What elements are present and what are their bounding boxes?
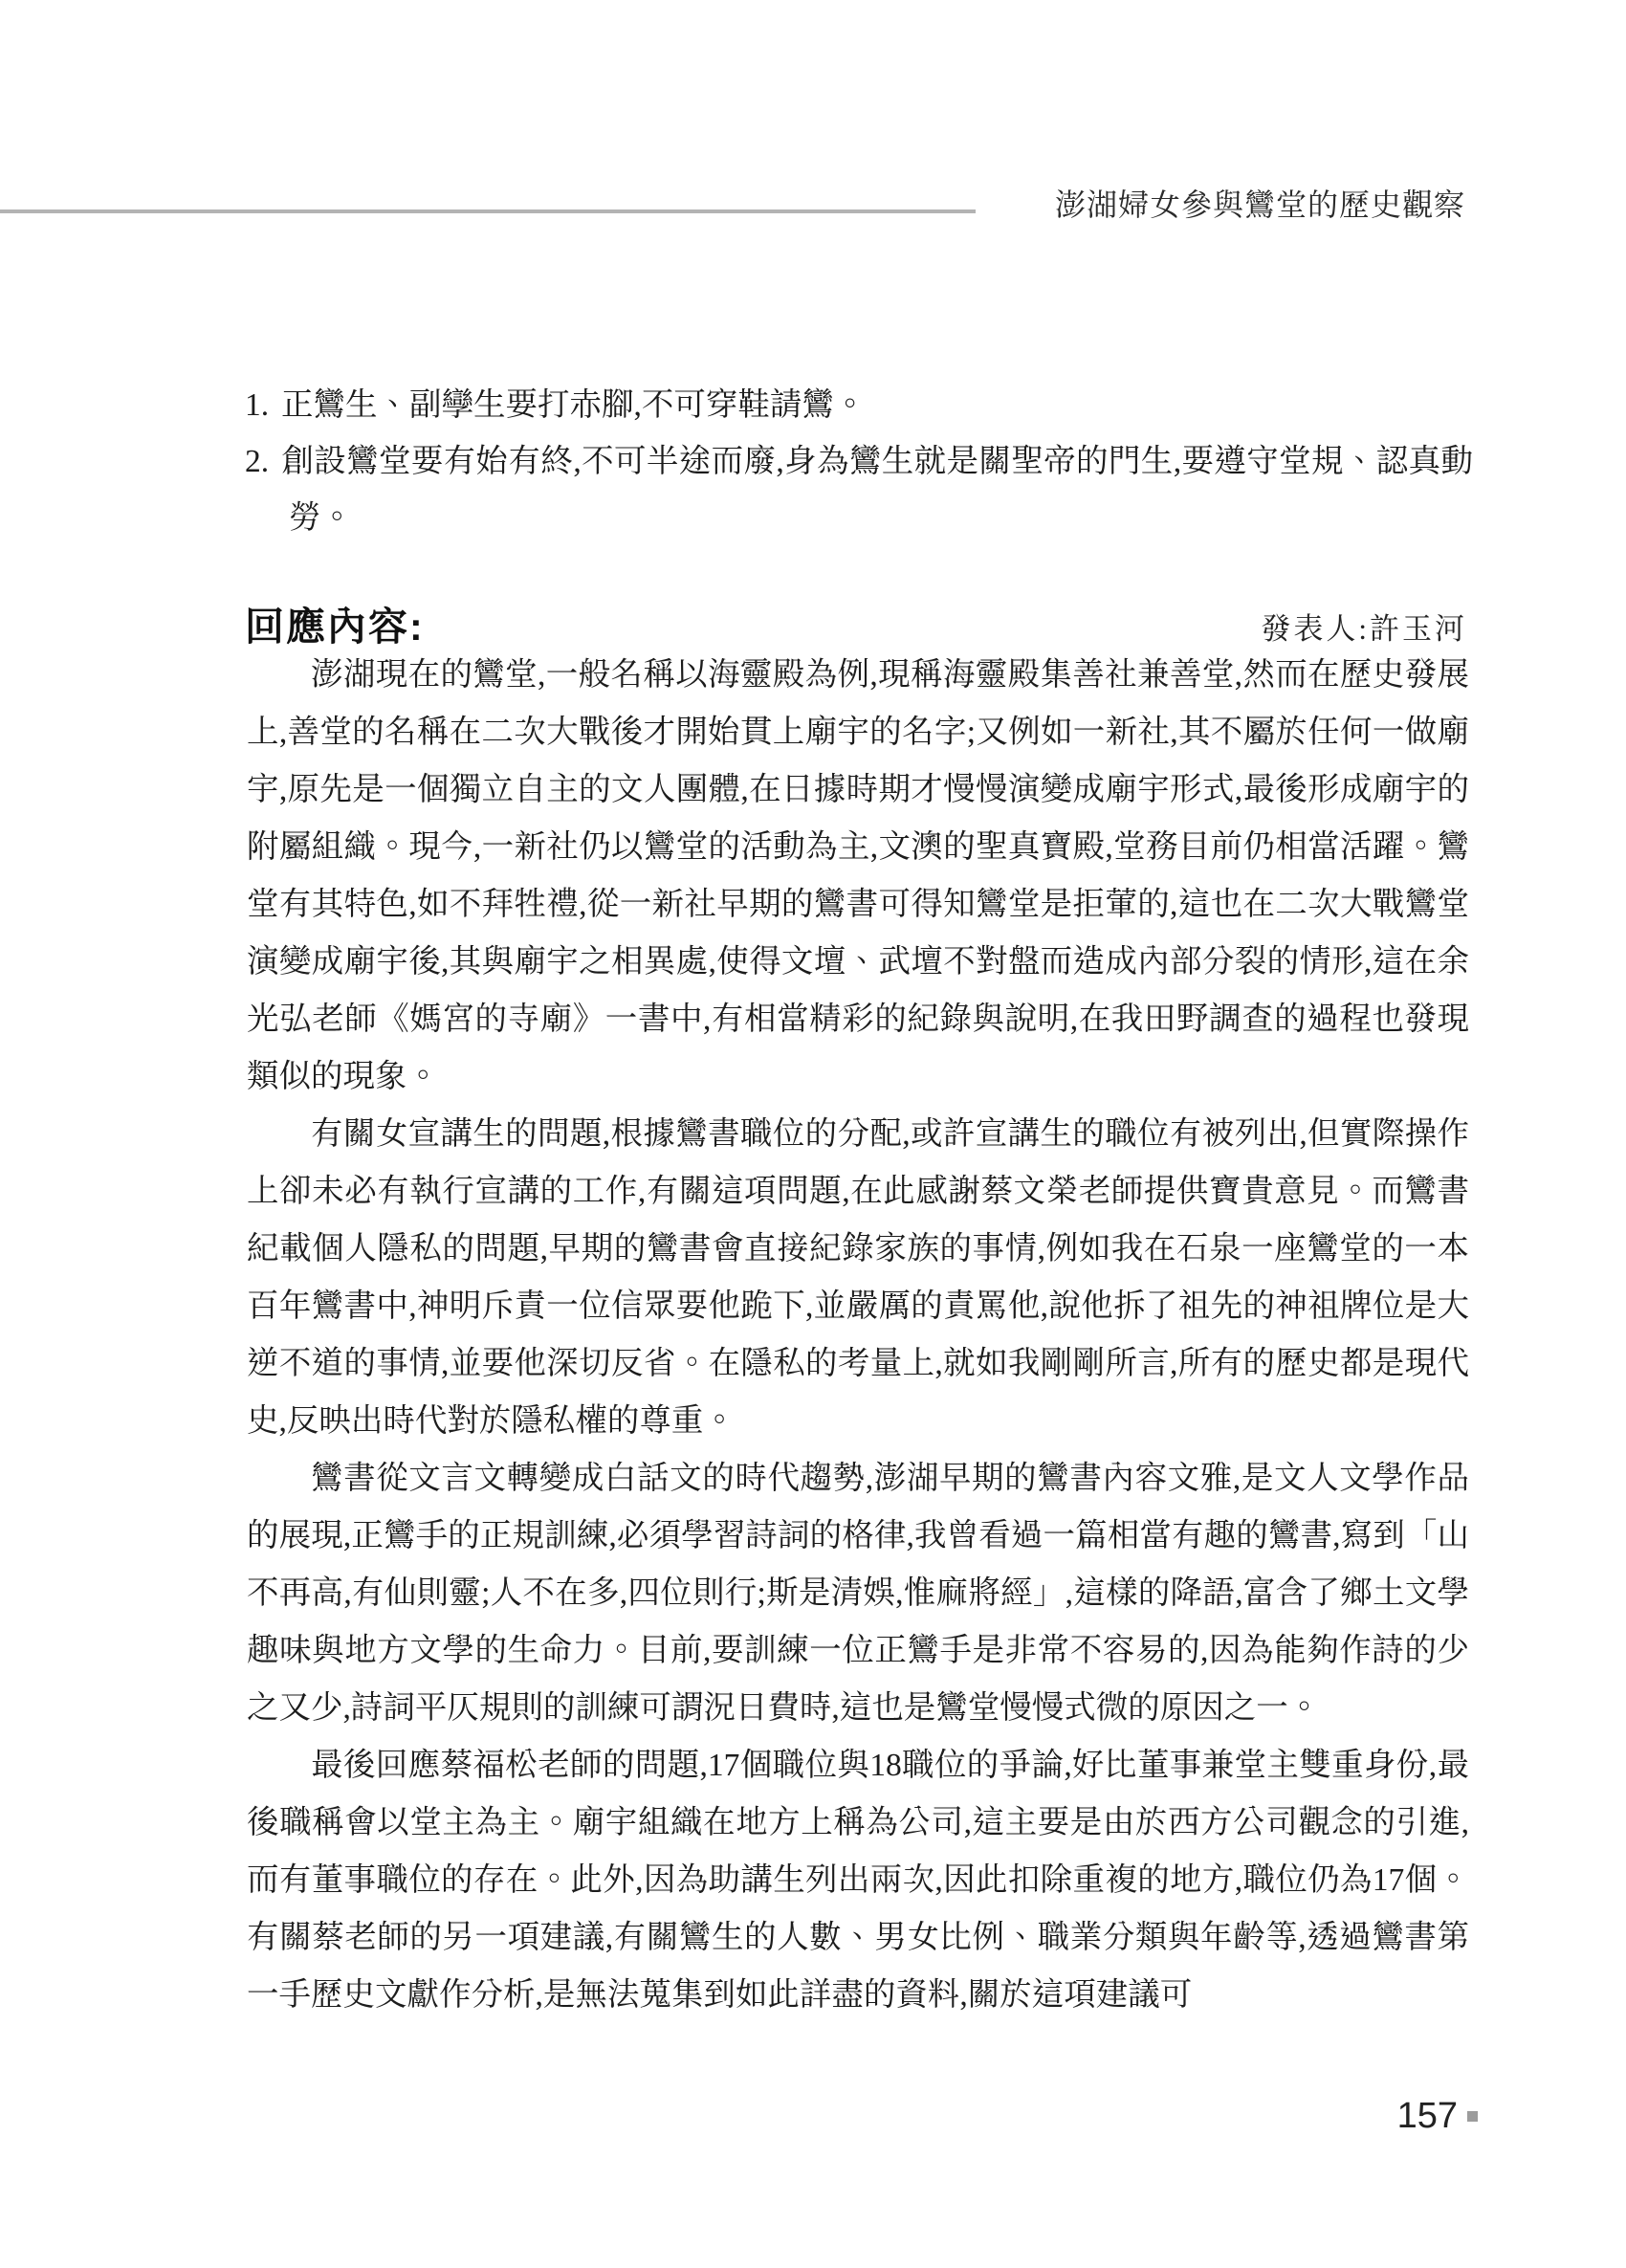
list-item-number: 2. bbox=[245, 433, 281, 490]
paragraph: 鸞書從文言文轉變成白話文的時代趨勢,澎湖早期的鸞書內容文雅,是文人文學作品的展現… bbox=[247, 1450, 1469, 1737]
response-body-text: 澎湖現在的鸞堂,一般名稱以海靈殿為例,現稱海靈殿集善社兼善堂,然而在歷史發展上,… bbox=[247, 647, 1469, 2024]
list-item: 1.正鸞生、副孿生要打赤腳,不可穿鞋請鸞。 bbox=[245, 377, 1473, 433]
response-section-header: 回應內容: 發表人:許玉河 bbox=[245, 595, 1467, 651]
paragraph: 最後回應蔡福松老師的問題,17個職位與18職位的爭論,好比董事兼堂主雙重身份,最… bbox=[247, 1737, 1469, 2024]
list-item-number: 1. bbox=[245, 377, 281, 433]
list-item-text: 創設鸞堂要有始有終,不可半途而廢,身為鸞生就是關聖帝的門生,要遵守堂規、認真動勞… bbox=[281, 444, 1473, 536]
page-number-marker-icon bbox=[1467, 2111, 1478, 2122]
running-header-title: 澎湖婦女參與鸞堂的歷史觀察 bbox=[1055, 181, 1465, 225]
rules-list: 1.正鸞生、副孿生要打赤腳,不可穿鞋請鸞。 2.創設鸞堂要有始有終,不可半途而廢… bbox=[245, 377, 1473, 546]
paragraph: 有關女宣講生的問題,根據鸞書職位的分配,或許宣講生的職位有被列出,但實際操作上卻… bbox=[247, 1106, 1469, 1450]
header-divider-rule bbox=[0, 209, 976, 213]
section-heading: 回應內容: bbox=[245, 595, 425, 651]
page-number: 157 bbox=[1397, 2098, 1458, 2134]
list-item-text: 正鸞生、副孿生要打赤腳,不可穿鞋請鸞。 bbox=[281, 387, 866, 423]
paragraph: 澎湖現在的鸞堂,一般名稱以海靈殿為例,現稱海靈殿集善社兼善堂,然而在歷史發展上,… bbox=[247, 647, 1469, 1106]
list-item: 2.創設鸞堂要有始有終,不可半途而廢,身為鸞生就是關聖帝的門生,要遵守堂規、認真… bbox=[245, 433, 1473, 546]
presenter-byline: 發表人:許玉河 bbox=[1261, 605, 1467, 651]
page-footer: 157 bbox=[1397, 2098, 1478, 2134]
